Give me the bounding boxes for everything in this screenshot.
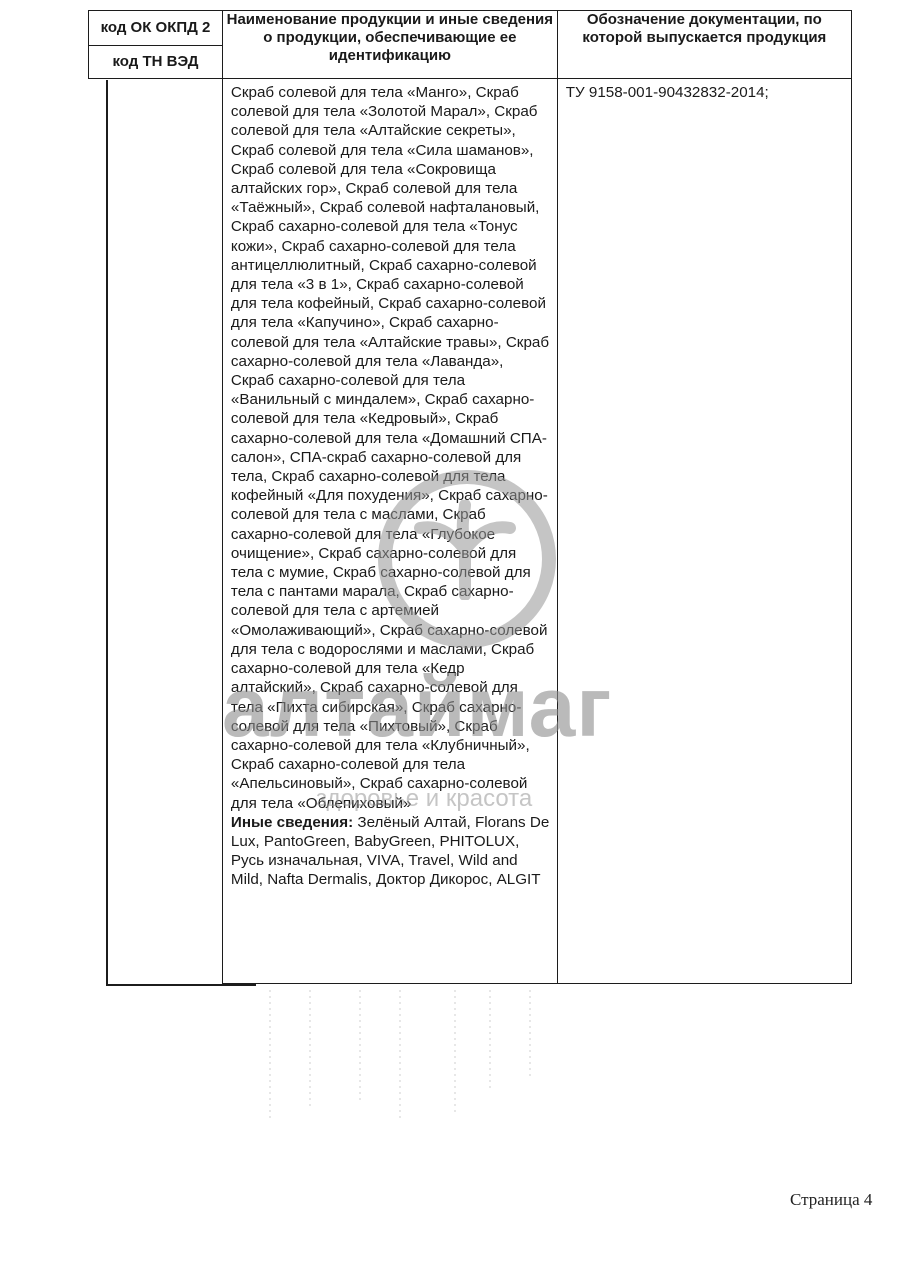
header-product-name: Наименование продукции и иные сведения о…	[222, 11, 557, 79]
code-cell	[89, 79, 223, 984]
products-cell: Скраб солевой для тела «Манго», Скраб со…	[222, 79, 557, 984]
table-row: Скраб солевой для тела «Манго», Скраб со…	[89, 79, 852, 984]
product-table: код ОК ОКПД 2 код ТН ВЭД Наименование пр…	[88, 10, 852, 984]
scan-noise	[250, 990, 570, 1120]
header-okpd2: код ОК ОКПД 2	[89, 11, 222, 46]
header-documentation: Обозначение документации, по которой вып…	[557, 11, 851, 79]
header-codes-cell: код ОК ОКПД 2 код ТН ВЭД	[89, 11, 223, 79]
table-bottom-border-left	[106, 984, 256, 986]
documentation-text: ТУ 9158-001-90432832-2014;	[558, 79, 851, 106]
products-list-text: Скраб солевой для тела «Манго», Скраб со…	[231, 84, 549, 812]
other-info-label: Иные сведения:	[231, 814, 353, 831]
header-tn-ved: код ТН ВЭД	[89, 46, 222, 78]
table-left-border	[106, 80, 108, 986]
certificate-page: код ОК ОКПД 2 код ТН ВЭД Наименование пр…	[0, 0, 900, 1273]
table-header-row: код ОК ОКПД 2 код ТН ВЭД Наименование пр…	[89, 11, 852, 79]
page-number: Страница 4	[790, 1190, 872, 1210]
documentation-cell: ТУ 9158-001-90432832-2014;	[557, 79, 851, 984]
